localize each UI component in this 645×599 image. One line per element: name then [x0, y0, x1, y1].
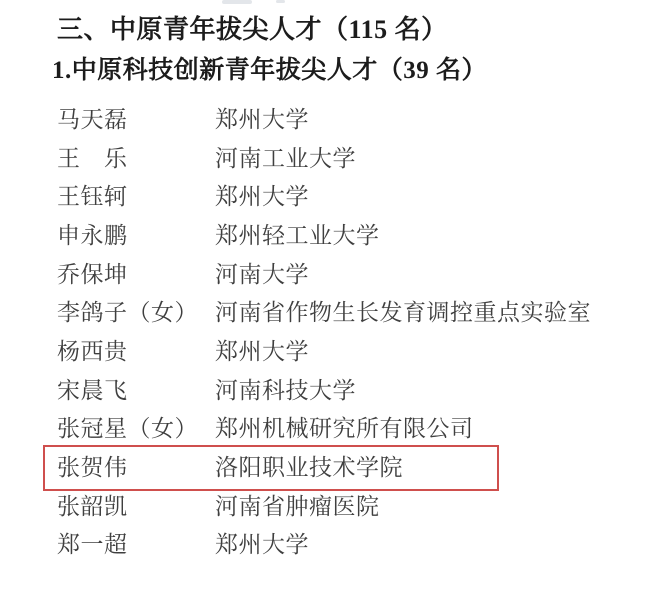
- institution-name: 郑州大学: [215, 178, 309, 211]
- institution-name: 郑州大学: [215, 333, 309, 366]
- scan-artifact: [276, 0, 285, 3]
- person-name: 郑一超: [57, 526, 215, 559]
- institution-name: 洛阳职业技术学院: [215, 449, 403, 482]
- document-page: 三、中原青年拔尖人才（115 名） 1.中原科技创新青年拔尖人才（39 名） 马…: [0, 0, 645, 599]
- institution-name: 河南工业大学: [215, 140, 356, 173]
- person-name: 张冠星（女）: [57, 410, 215, 443]
- section-title: 三、中原青年拔尖人才（115 名）: [57, 14, 448, 46]
- institution-name: 郑州大学: [215, 101, 309, 134]
- person-name: 王 乐: [57, 140, 215, 173]
- person-name: 申永鹏: [57, 217, 215, 250]
- list-item: 杨西贵郑州大学: [57, 330, 617, 369]
- institution-name: 河南科技大学: [215, 372, 356, 405]
- person-name: 李鸽子（女）: [57, 294, 215, 327]
- list-item: 郑一超郑州大学: [57, 524, 617, 563]
- institution-name: 郑州大学: [215, 526, 309, 559]
- scan-artifact: [222, 0, 252, 4]
- institution-name: 河南大学: [215, 256, 309, 289]
- list-item-highlighted: 张贺伟洛阳职业技术学院: [57, 446, 617, 485]
- list-item: 张韶凯河南省肿瘤医院: [57, 485, 617, 524]
- institution-name: 河南省肿瘤医院: [215, 488, 380, 521]
- person-name: 张韶凯: [57, 488, 215, 521]
- list-item: 张冠星（女）郑州机械研究所有限公司: [57, 408, 617, 447]
- list-item: 李鸽子（女）河南省作物生长发育调控重点实验室: [57, 291, 617, 330]
- subsection-title: 1.中原科技创新青年拔尖人才（39 名）: [52, 55, 487, 87]
- list-item: 王钰轲郑州大学: [57, 175, 617, 214]
- person-name: 乔保坤: [57, 256, 215, 289]
- person-name: 张贺伟: [57, 449, 215, 482]
- list-item: 申永鹏郑州轻工业大学: [57, 214, 617, 253]
- talent-list: 马天磊郑州大学王 乐河南工业大学王钰轲郑州大学申永鹏郑州轻工业大学乔保坤河南大学…: [57, 98, 617, 562]
- institution-name: 河南省作物生长发育调控重点实验室: [215, 294, 591, 327]
- person-name: 杨西贵: [57, 333, 215, 366]
- list-item: 乔保坤河南大学: [57, 253, 617, 292]
- list-item: 马天磊郑州大学: [57, 98, 617, 137]
- institution-name: 郑州机械研究所有限公司: [215, 410, 474, 443]
- person-name: 马天磊: [57, 101, 215, 134]
- person-name: 王钰轲: [57, 178, 215, 211]
- list-item: 王 乐河南工业大学: [57, 137, 617, 176]
- person-name: 宋晨飞: [57, 372, 215, 405]
- institution-name: 郑州轻工业大学: [215, 217, 380, 250]
- list-item: 宋晨飞河南科技大学: [57, 369, 617, 408]
